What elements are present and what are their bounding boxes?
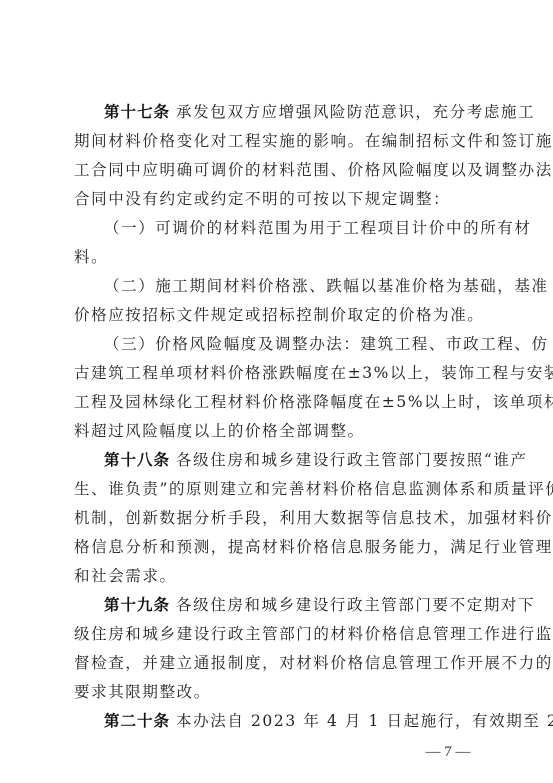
- article-20-line-1: 第二十条本办法自 2023 年 4 月 1 日起施行，有效期至 2028: [104, 710, 480, 732]
- page-number: — 7 —: [420, 742, 476, 762]
- article-19-line-3: 督检查，并建立通报制度，对材料价格信息管理工作开展不力的，: [74, 652, 480, 674]
- article-17-line-2: 期间材料价格变化对工程实施的影响。在编制招标文件和签订施: [74, 130, 480, 152]
- item-3-line-3: 工程及园林绿化工程材料价格涨降幅度在±5%以上时，该单项材: [74, 391, 480, 413]
- item-1-line-1: （一）可调价的材料范围为用于工程项目计价中的所有材: [104, 217, 480, 239]
- item-3-line-4: 料超过风险幅度以上的价格全部调整。: [74, 420, 480, 442]
- article-18-line-1: 第十八条各级住房和城乡建设行政主管部门要按照“谁产: [104, 449, 480, 471]
- article-19-title: 第十九条: [104, 595, 170, 614]
- article-17-line-4: 合同中没有约定或约定不明的可按以下规定调整：: [74, 188, 480, 210]
- article-17-line-1: 第十七条承发包双方应增强风险防范意识，充分考虑施工: [104, 101, 480, 123]
- item-1-line-2: 料。: [74, 246, 480, 268]
- article-19-line-4: 要求其限期整改。: [74, 681, 480, 703]
- item-3-line-2: 古建筑工程单项材料价格涨跌幅度在±3%以上，装饰工程与安装: [74, 362, 480, 384]
- article-20-title: 第二十条: [104, 711, 170, 730]
- article-17-title: 第十七条: [104, 102, 170, 121]
- article-19-line-2: 级住房和城乡建设行政主管部门的材料价格信息管理工作进行监: [74, 623, 480, 645]
- item-2-line-2: 价格应按招标文件规定或招标控制价取定的价格为准。: [74, 304, 480, 326]
- article-18-line-4: 格信息分析和预测，提高材料价格信息服务能力，满足行业管理: [74, 536, 480, 558]
- article-18-line-2: 生、谁负责”的原则建立和完善材料价格信息监测体系和质量评价: [74, 478, 480, 500]
- item-2-line-1: （二）施工期间材料价格涨、跌幅以基准价格为基础，基准: [104, 275, 480, 297]
- article-18-line-5: 和社会需求。: [74, 565, 480, 587]
- item-3-line-1: （三）价格风险幅度及调整办法：建筑工程、市政工程、仿: [104, 333, 480, 355]
- document-page: 第十七条承发包双方应增强风险防范意识，充分考虑施工 期间材料价格变化对工程实施的…: [0, 0, 553, 783]
- article-17-line-3: 工合同中应明确可调价的材料范围、价格风险幅度以及调整办法。: [74, 159, 480, 181]
- article-18-title: 第十八条: [104, 450, 170, 469]
- article-19-line-1: 第十九条各级住房和城乡建设行政主管部门要不定期对下: [104, 594, 480, 616]
- article-18-line-3: 机制，创新数据分析手段，利用大数据等信息技术，加强材料价: [74, 507, 480, 529]
